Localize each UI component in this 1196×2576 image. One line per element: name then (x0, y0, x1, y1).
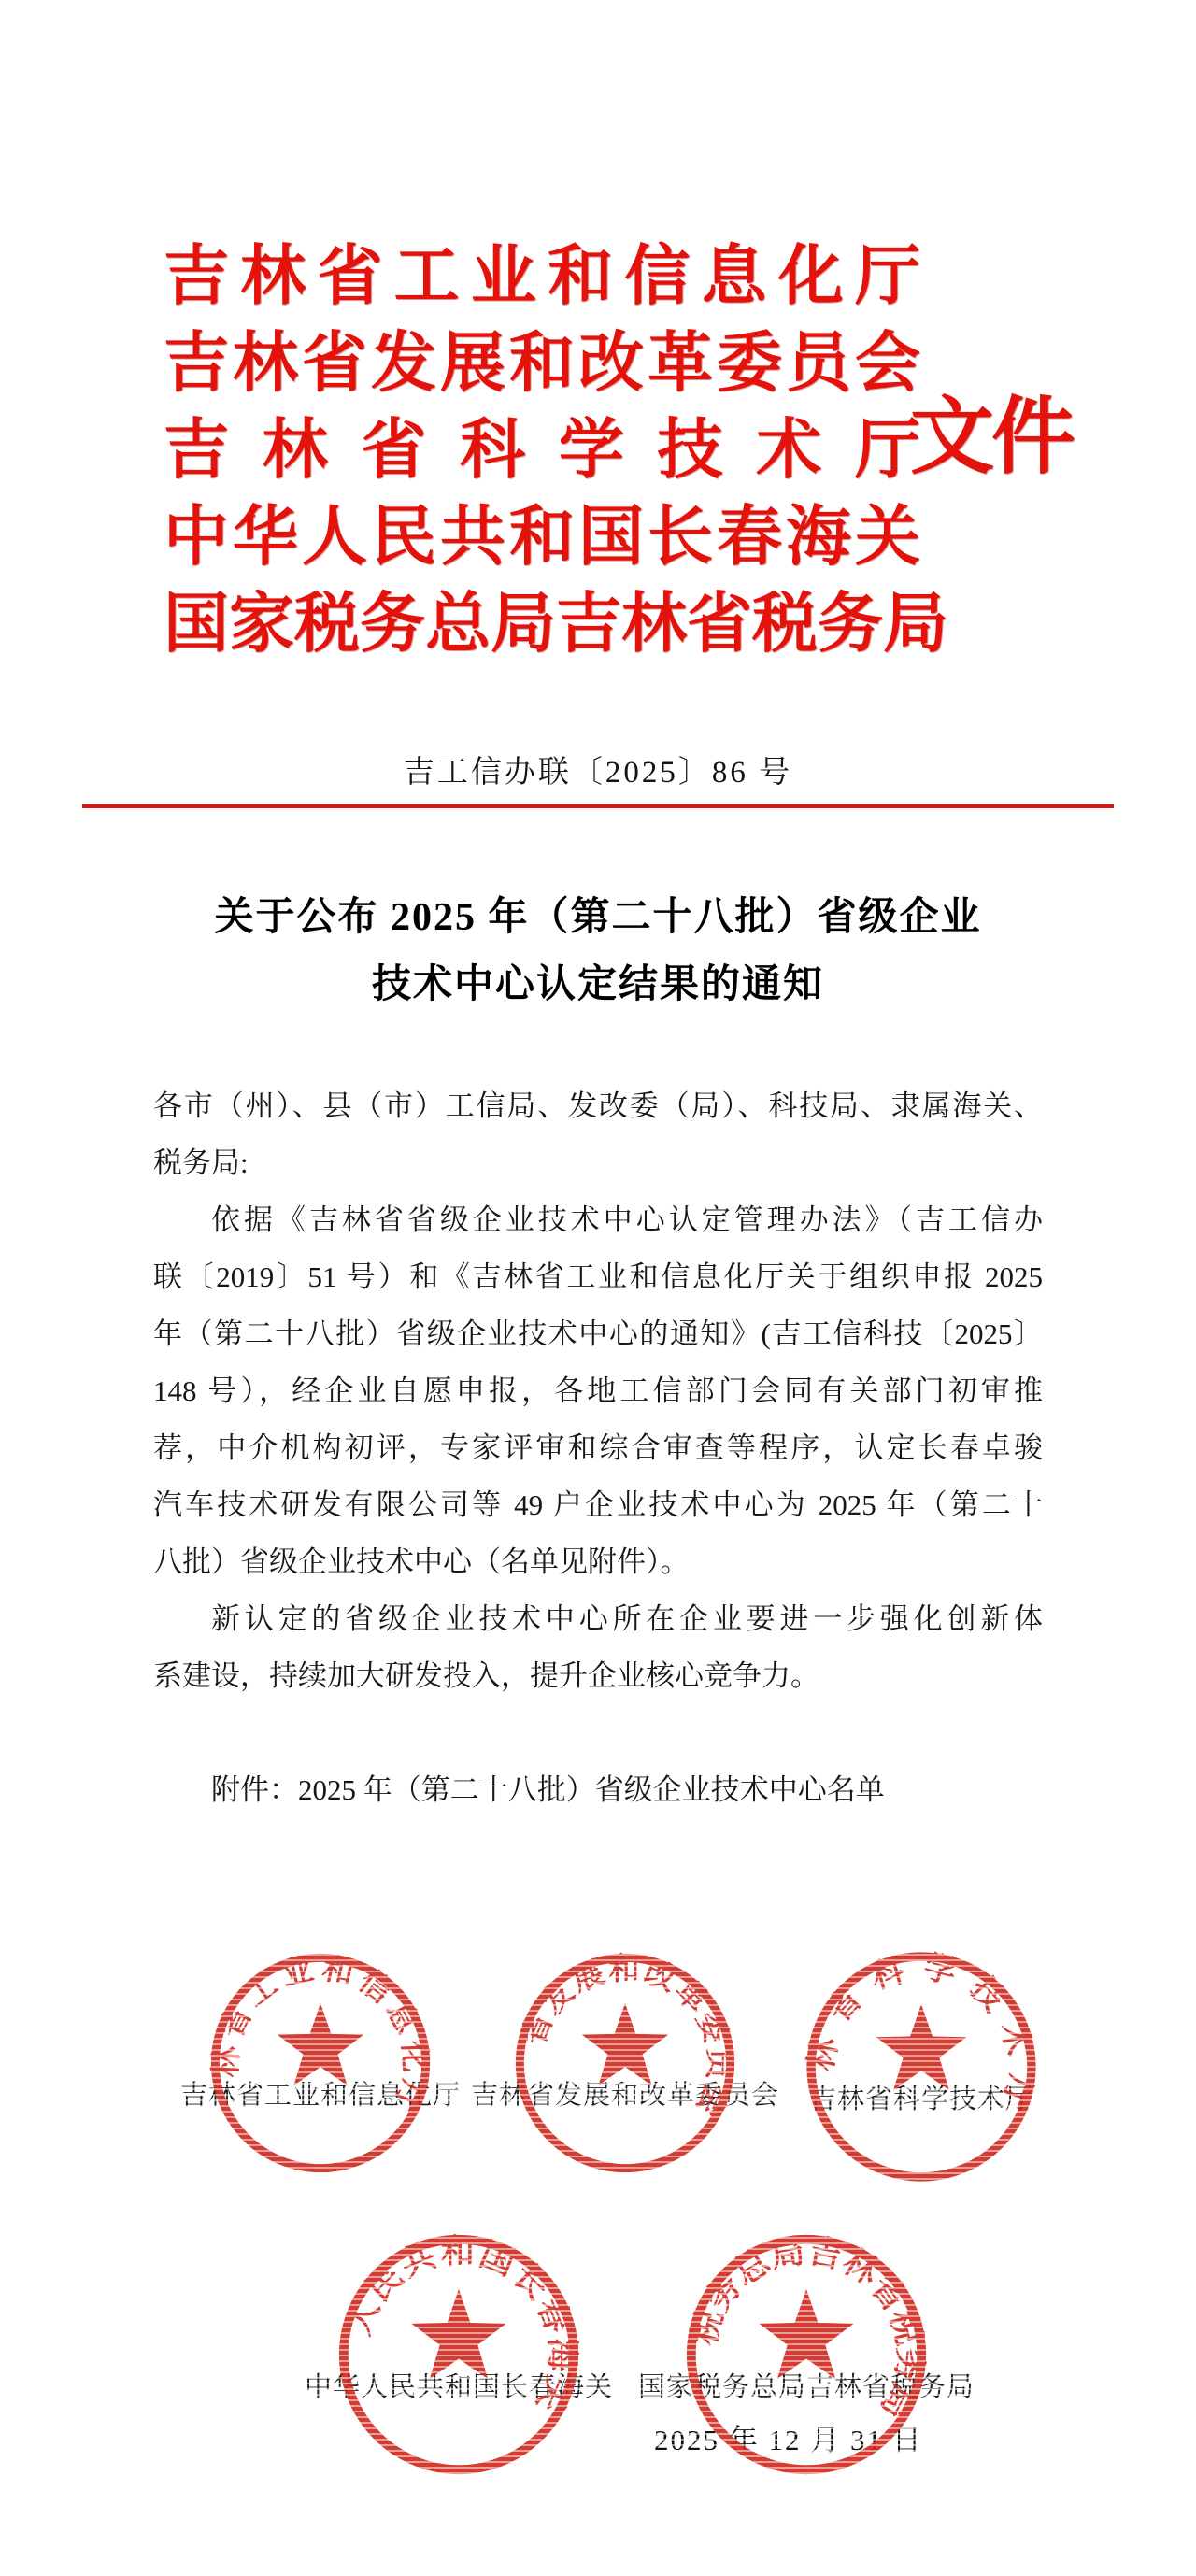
letterhead-char: 林 (233, 332, 298, 397)
letterhead-char: 总 (425, 592, 491, 658)
seal-star-icon (876, 2004, 967, 2090)
letterhead-char: 局 (883, 592, 948, 658)
letterhead-char: 厅 (855, 245, 920, 310)
document-title-line-1: 关于公布 2025 年（第二十八批）省级企业 (0, 886, 1196, 942)
document-page: 吉林省工业和信息化厅吉林省发展和改革委员会吉林省科学技术厅中华人民共和国长春海关… (0, 0, 1196, 2576)
letterhead-char: 国 (164, 592, 229, 658)
body-line: 联〔2019〕51 号）和《吉林省工业和信息化厅关于组织申报 2025 (153, 1248, 1043, 1305)
document-title-line-2: 技术中心认定结果的通知 (0, 953, 1196, 1009)
letterhead-char: 化 (778, 245, 844, 310)
seal-graphic: 吉林省发展和改革委员会 (505, 1943, 745, 2183)
letterhead-char: 吉 (164, 332, 229, 397)
letterhead-char: 省 (317, 245, 382, 310)
body-line: 各市（州）、县（市）工信局、发改委（局）、科技局、隶属海关、 (153, 1077, 1043, 1134)
letterhead-char: 和 (548, 245, 613, 310)
letterhead-char: 吉 (164, 245, 229, 310)
letterhead-char: 税 (752, 592, 818, 658)
seal-graphic: 吉林省科学技术厅 (796, 1942, 1046, 2192)
letterhead-char: 林 (621, 592, 687, 658)
letterhead-agency-line: 吉林省科学技术厅 (164, 407, 920, 494)
letterhead-char: 技 (658, 419, 723, 484)
body-line: 荐，中介机构初评，专家评审和综合审查等程序，认定长春卓骏 (153, 1419, 1043, 1476)
body-line: 148 号），经企业自愿申报，各地工信部门会同有关部门初审推 (153, 1362, 1043, 1419)
letterhead-char: 省 (361, 419, 426, 484)
body-line: 附件：2025 年（第二十八批）省级企业技术中心名单 (153, 1761, 1043, 1818)
letterhead-char: 信 (624, 245, 690, 310)
body-line: 年（第二十八批）省级企业技术中心的通知》(吉工信科技〔2025〕 (153, 1305, 1043, 1362)
letterhead-char: 关 (855, 505, 920, 571)
official-seal: 吉林省发展和改革委员会 (505, 1943, 745, 2183)
letterhead-char: 人 (302, 505, 367, 571)
letterhead-char: 员 (786, 332, 851, 397)
body-line: 八批）省级企业技术中心（名单见附件）。 (153, 1533, 1043, 1590)
letterhead-char: 吉 (556, 592, 621, 658)
letterhead-char: 息 (702, 245, 767, 310)
official-seal: 中华人民共和国长春海关 (328, 2224, 590, 2485)
seal-star-icon (278, 2003, 363, 2085)
letterhead-char: 和 (509, 332, 575, 397)
letterhead-char: 春 (717, 505, 782, 571)
body-line: 新认定的省级企业技术中心所在企业要进一步强化创新体 (153, 1590, 1043, 1647)
letterhead-char: 中 (164, 505, 229, 571)
seal-graphic: 吉林省工业和信息化厅 (201, 1943, 440, 2183)
letterhead-char: 委 (717, 332, 782, 397)
letterhead-char: 学 (559, 419, 624, 484)
letterhead-char: 海 (786, 505, 851, 571)
letterhead-char: 税 (294, 592, 360, 658)
letterhead-char: 民 (371, 505, 436, 571)
letterhead-char: 省 (302, 332, 367, 397)
letterhead-char: 务 (818, 592, 883, 658)
letterhead-char: 林 (263, 419, 328, 484)
red-separator-rule (82, 804, 1114, 808)
document-number: 吉工信办联〔2025〕86 号 (0, 747, 1196, 791)
official-seal: 吉林省科学技术厅 (796, 1942, 1046, 2192)
body-line: 汽车技术研发有限公司等 49 户企业技术中心为 2025 年（第二十 (153, 1476, 1043, 1533)
body-line: 依据《吉林省省级企业技术中心认定管理办法》（吉工信办 (153, 1191, 1043, 1248)
body-text: 各市（州）、县（市）工信局、发改委（局）、科技局、隶属海关、税务局:依据《吉林省… (153, 1077, 1043, 1818)
seal-star-icon (759, 2289, 853, 2379)
seal-graphic: 国家税务总局吉林省税务局 (676, 2224, 937, 2485)
letterhead-char: 科 (460, 419, 525, 484)
body-line: 系建设，持续加大研发投入，提升企业核心竞争力。 (153, 1647, 1043, 1704)
seal-graphic: 中华人民共和国长春海关 (328, 2224, 590, 2485)
seal-star-icon (582, 2003, 668, 2085)
letterhead-char: 共 (440, 505, 505, 571)
letterhead-char: 革 (648, 332, 713, 397)
seal-star-icon (411, 2289, 505, 2379)
letterhead-char: 发 (371, 332, 436, 397)
letterhead-char: 长 (648, 505, 713, 571)
letterhead-char: 局 (491, 592, 556, 658)
body-line: 税务局: (153, 1134, 1043, 1191)
doc-type-label: 文件 (910, 387, 1106, 490)
letterhead-char: 国 (578, 505, 644, 571)
letterhead-char: 展 (440, 332, 505, 397)
letterhead-char: 和 (509, 505, 575, 571)
letterhead-char: 吉 (164, 419, 229, 484)
body-blank-line (153, 1704, 1043, 1761)
letterhead-agency-line: 国家税务总局吉林省税务局 (164, 581, 920, 668)
letterhead-char: 省 (687, 592, 752, 658)
letterhead-char: 家 (229, 592, 294, 658)
letterhead-char: 工 (394, 245, 460, 310)
letterhead-agency-line: 吉林省工业和信息化厅 (164, 234, 920, 320)
letterhead-char: 华 (233, 505, 298, 571)
official-seal: 国家税务总局吉林省税务局 (676, 2224, 937, 2485)
letterhead-agency-line: 中华人民共和国长春海关 (164, 494, 920, 581)
letterhead-char: 林 (240, 245, 306, 310)
letterhead-char: 术 (756, 419, 821, 484)
letterhead-char: 业 (471, 245, 536, 310)
letterhead-char: 务 (360, 592, 425, 658)
scan-texture-overlay (0, 2222, 1196, 2493)
official-seal: 吉林省工业和信息化厅 (201, 1943, 440, 2183)
letterhead-char: 改 (578, 332, 644, 397)
letterhead-agency-line: 吉林省发展和改革委员会 (164, 320, 920, 407)
letterhead: 吉林省工业和信息化厅吉林省发展和改革委员会吉林省科学技术厅中华人民共和国长春海关… (0, 0, 1196, 673)
